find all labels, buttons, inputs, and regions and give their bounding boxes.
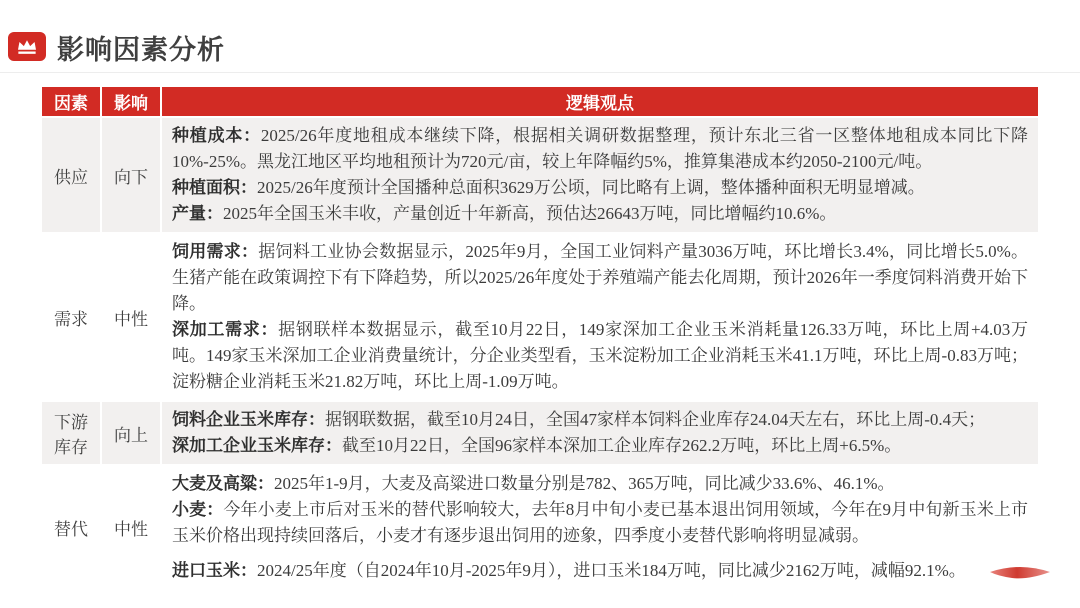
- point-text: 据钢联数据，截至10月24日，全国47家样本饲料企业库存24.04天左右，环比上…: [325, 410, 985, 429]
- factor-label: 供应: [42, 118, 100, 232]
- slide: 影响因素分析 因素 影响 逻辑观点 供应 向下 种植成本：2025/26年度地租…: [0, 0, 1080, 608]
- decorative-swoosh: [988, 566, 1052, 582]
- point-label: 小麦：: [172, 500, 223, 519]
- point-text: 2025年1-9月，大麦及高粱进口数量分别是782、365万吨，同比减少33.6…: [274, 474, 894, 493]
- logic-point: 深加工企业玉米库存：截至10月22日，全国96家样本深加工企业库存262.2万吨…: [172, 433, 1028, 459]
- impact-label: 中性: [102, 234, 160, 400]
- point-text: 2024/25年度（自2024年10月-2025年9月），进口玉米184万吨，同…: [257, 561, 966, 580]
- point-label: 产量：: [172, 204, 223, 223]
- col-header-impact: 影响: [102, 87, 160, 116]
- factors-table: 因素 影响 逻辑观点 供应 向下 种植成本：2025/26年度地租成本继续下降，…: [40, 85, 1040, 591]
- point-label: 深加工企业玉米库存：: [172, 436, 342, 455]
- slide-header: 影响因素分析: [0, 0, 1080, 73]
- logic-point: 大麦及高粱：2025年1-9月，大麦及高粱进口数量分别是782、365万吨，同比…: [172, 471, 1028, 497]
- logic-point: 饲料企业玉米库存：据钢联数据，截至10月24日，全国47家样本饲料企业库存24.…: [172, 407, 1028, 433]
- factor-label: 需求: [42, 234, 100, 400]
- impact-label: 向上: [102, 402, 160, 464]
- logic-cell: 大麦及高粱：2025年1-9月，大麦及高粱进口数量分别是782、365万吨，同比…: [162, 466, 1038, 589]
- factor-label: 下游库存: [42, 402, 100, 464]
- point-label: 种植成本：: [172, 126, 261, 145]
- point-label: 进口玉米：: [172, 561, 257, 580]
- logic-point: 种植面积：2025/26年度预计全国播种总面积3629万公顷，同比略有上调，整体…: [172, 175, 1028, 201]
- point-text: 2025/26年度地租成本继续下降，根据相关调研数据整理，预计东北三省一区整体地…: [172, 126, 1028, 171]
- point-label: 饲用需求：: [172, 242, 258, 261]
- table-row-downstream-inventory: 下游库存 向上 饲料企业玉米库存：据钢联数据，截至10月24日，全国47家样本饲…: [42, 402, 1038, 464]
- point-text: 今年小麦上市后对玉米的替代影响较大，去年8月中旬小麦已基本退出饲用领域，今年在9…: [172, 500, 1028, 545]
- title-badge: [8, 32, 46, 61]
- logic-point: 进口玉米：2024/25年度（自2024年10月-2025年9月），进口玉米18…: [172, 558, 1028, 584]
- impact-label: 中性: [102, 466, 160, 589]
- logic-point: 产量：2025年全国玉米丰收，产量创近十年新高，预估达26643万吨，同比增幅约…: [172, 201, 1028, 227]
- logic-point: 种植成本：2025/26年度地租成本继续下降，根据相关调研数据整理，预计东北三省…: [172, 123, 1028, 175]
- crown-icon: [15, 38, 39, 56]
- factor-label: 替代: [42, 466, 100, 589]
- point-label: 大麦及高粱：: [172, 474, 274, 493]
- table-row-substitution: 替代 中性 大麦及高粱：2025年1-9月，大麦及高粱进口数量分别是782、36…: [42, 466, 1038, 589]
- table-row-supply: 供应 向下 种植成本：2025/26年度地租成本继续下降，根据相关调研数据整理，…: [42, 118, 1038, 232]
- point-text: 2025/26年度预计全国播种总面积3629万公顷，同比略有上调，整体播种面积无…: [257, 178, 925, 197]
- point-label: 种植面积：: [172, 178, 257, 197]
- table-header-row: 因素 影响 逻辑观点: [42, 87, 1038, 116]
- point-text: 2025年全国玉米丰收，产量创近十年新高，预估达26643万吨，同比增幅约10.…: [223, 204, 836, 223]
- point-label: 深加工需求：: [172, 320, 278, 339]
- logic-cell: 种植成本：2025/26年度地租成本继续下降，根据相关调研数据整理，预计东北三省…: [162, 118, 1038, 232]
- logic-cell: 饲料企业玉米库存：据钢联数据，截至10月24日，全国47家样本饲料企业库存24.…: [162, 402, 1038, 464]
- point-text: 据钢联样本数据显示，截至10月22日，149家深加工企业玉米消耗量126.33万…: [172, 320, 1028, 391]
- table-row-demand: 需求 中性 饲用需求：据饲料工业协会数据显示，2025年9月，全国工业饲料产量3…: [42, 234, 1038, 400]
- point-label: 饲料企业玉米库存：: [172, 410, 325, 429]
- impact-label: 向下: [102, 118, 160, 232]
- logic-point: 小麦：今年小麦上市后对玉米的替代影响较大，去年8月中旬小麦已基本退出饲用领域，今…: [172, 497, 1028, 549]
- logic-cell: 饲用需求：据饲料工业协会数据显示，2025年9月，全国工业饲料产量3036万吨，…: [162, 234, 1038, 400]
- point-text: 据饲料工业协会数据显示，2025年9月，全国工业饲料产量3036万吨，环比增长3…: [172, 242, 1028, 313]
- col-header-factor: 因素: [42, 87, 100, 116]
- col-header-logic: 逻辑观点: [162, 87, 1038, 116]
- page-title: 影响因素分析: [57, 28, 225, 67]
- logic-point: 深加工需求：据钢联样本数据显示，截至10月22日，149家深加工企业玉米消耗量1…: [172, 317, 1028, 395]
- point-text: 截至10月22日，全国96家样本深加工企业库存262.2万吨，环比上周+6.5%…: [342, 436, 901, 455]
- logic-point: 饲用需求：据饲料工业协会数据显示，2025年9月，全国工业饲料产量3036万吨，…: [172, 239, 1028, 317]
